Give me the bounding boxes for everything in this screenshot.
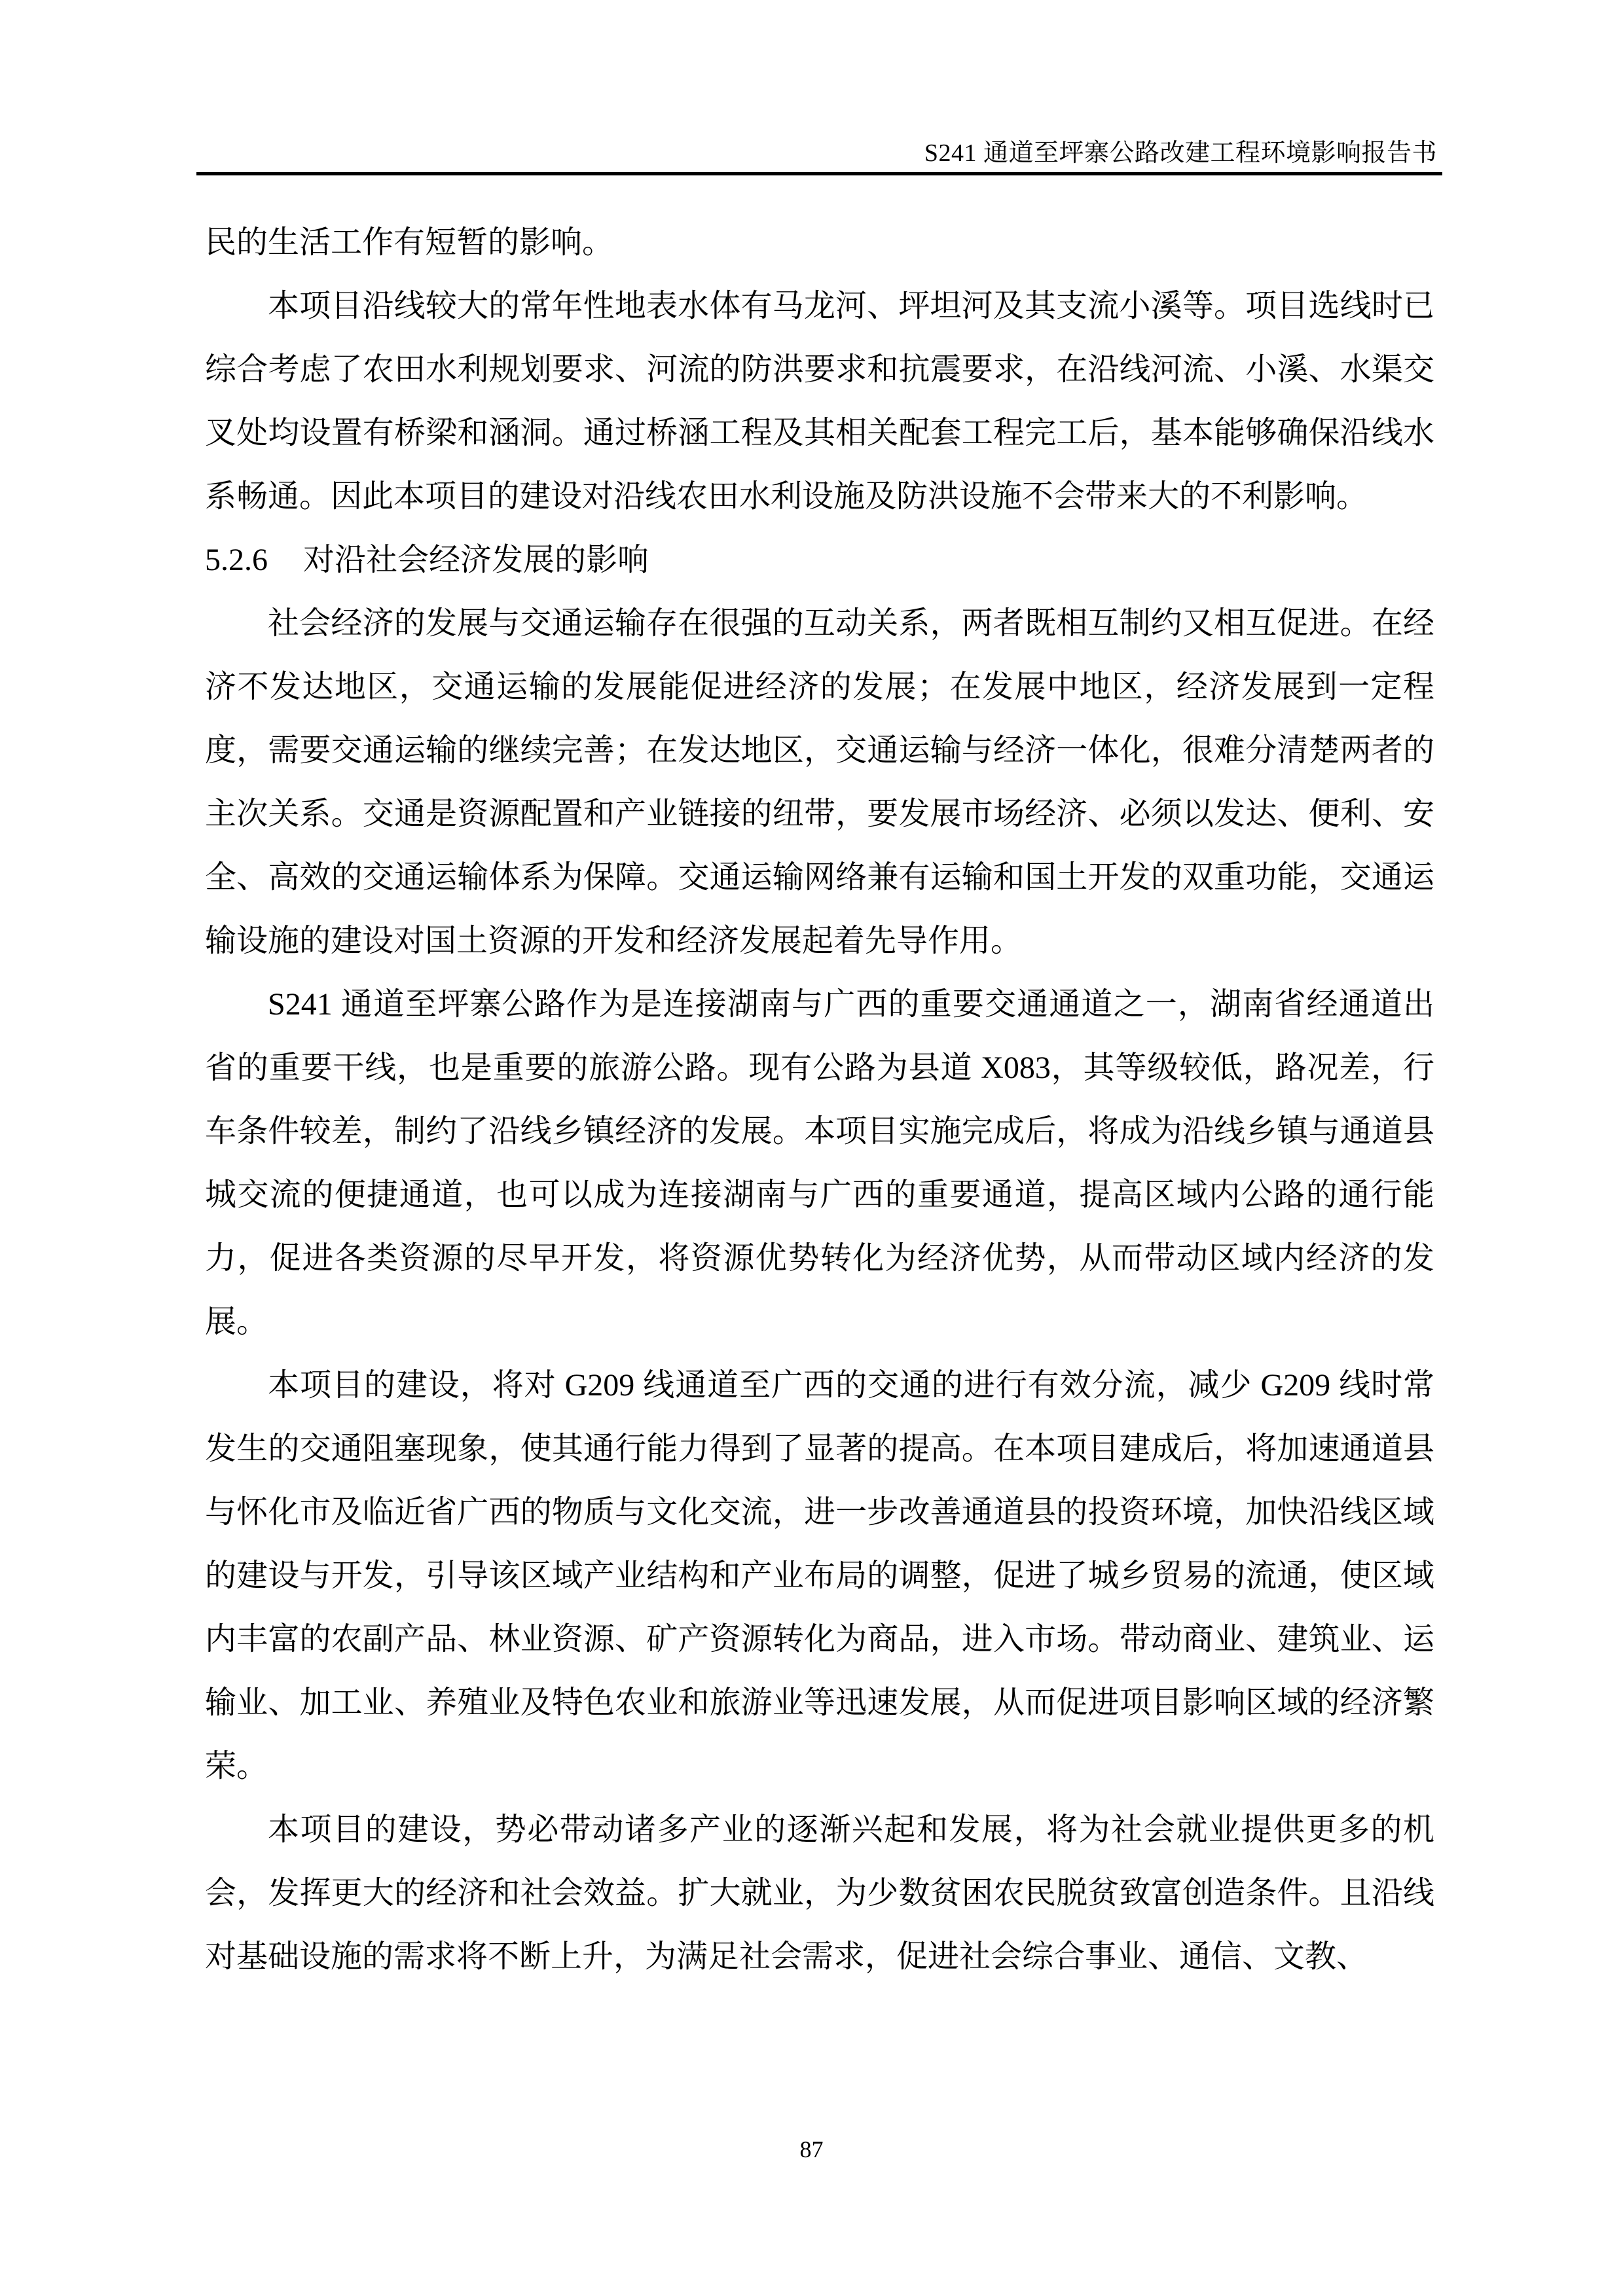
paragraph-s241-route: S241 通道至坪寨公路作为是连接湖南与广西的重要交通通道之一，湖南省经通道出省…	[205, 973, 1434, 1354]
header-rule	[196, 172, 1442, 175]
paragraph-transport-economy: 社会经济的发展与交通运输存在很强的互动关系，两者既相互制约又相互促进。在经济不发…	[205, 592, 1434, 973]
section-number: 5.2.6	[205, 528, 303, 592]
paragraph-g209-diversion: 本项目的建设，将对 G209 线通道至广西的交通的进行有效分流，减少 G209 …	[205, 1354, 1434, 1798]
page-number: 87	[0, 2135, 1623, 2164]
section-title: 对沿社会经济发展的影响	[303, 543, 649, 577]
paragraph-continuation: 民的生活工作有短暂的影响。	[205, 211, 1434, 274]
page-body: 民的生活工作有短暂的影响。 本项目沿线较大的常年性地表水体有马龙河、坪坦河及其支…	[205, 211, 1434, 1988]
section-heading: 5.2.6对沿社会经济发展的影响	[205, 528, 1434, 592]
page-header: S241 通道至坪寨公路改建工程环境影响报告书	[196, 131, 1442, 175]
paragraph-employment: 本项目的建设，势必带动诸多产业的逐渐兴起和发展，将为社会就业提供更多的机会，发挥…	[205, 1798, 1434, 1988]
document-title: S241 通道至坪寨公路改建工程环境影响报告书	[924, 137, 1437, 169]
paragraph-water-bodies: 本项目沿线较大的常年性地表水体有马龙河、坪坦河及其支流小溪等。项目选线时已综合考…	[205, 274, 1434, 528]
